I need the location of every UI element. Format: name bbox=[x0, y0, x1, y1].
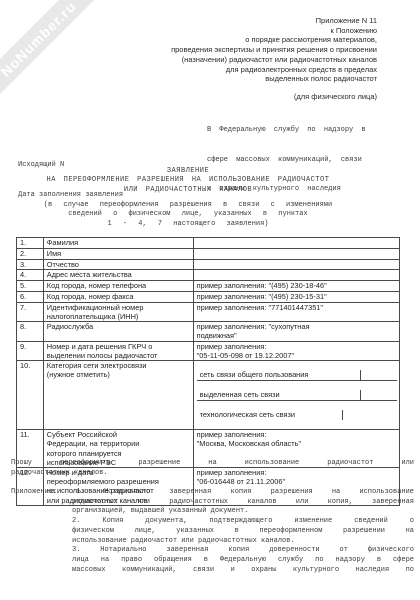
row-number: 8. bbox=[17, 322, 44, 341]
title-line: ИЛИ РАДИОЧАСТОТНЫХ КАНАЛОВ bbox=[0, 186, 376, 195]
row-number: 7. bbox=[17, 302, 44, 321]
table-row: 6. Код города, номер факса пример заполн… bbox=[17, 291, 400, 302]
row-label: Радиослужба bbox=[43, 322, 193, 341]
request-paragraph: Прошу переоформить разрешение на использ… bbox=[11, 459, 414, 478]
subtitle-line: сведений о физическом лице, указанных в … bbox=[0, 210, 376, 219]
row-value: пример заполнения: "сухопутная подвижная… bbox=[193, 322, 399, 341]
appendix-line: проведения экспертизы и принятия решения… bbox=[171, 45, 377, 55]
row-value: пример заполнения: "(495) 230-18-46" bbox=[193, 281, 399, 292]
appendix-line: для радиоэлектронных средств в пределах bbox=[171, 65, 377, 75]
appendix-line: о порядке рассмотрения материалов, bbox=[171, 35, 377, 45]
person-type-note: (для физического лица) bbox=[294, 92, 377, 101]
addressee-block: В Федеральную службу по надзору в сфере … bbox=[207, 107, 366, 214]
option-label: выделенная сеть связи bbox=[197, 390, 360, 400]
appendix-line: Приложение N 11 bbox=[171, 16, 377, 26]
row-number: 2. bbox=[17, 248, 44, 259]
addressee-line: сфере массовых коммуникаций, связи bbox=[207, 156, 366, 166]
attachment-item-text: 1. Нотариально заверенная копия разрешен… bbox=[76, 488, 414, 496]
row-value bbox=[193, 259, 399, 270]
watermark-text: NoNumber.ru bbox=[0, 0, 79, 79]
row-value: пример заполнения: "(495) 230-15-31" bbox=[193, 291, 399, 302]
row-number: 4. bbox=[17, 270, 44, 281]
row-value bbox=[193, 238, 399, 249]
table-row: 9. Номер и дата решения ГКРЧ о выделении… bbox=[17, 341, 400, 360]
attachment-line: физическом лице, указанных в переоформле… bbox=[11, 527, 414, 537]
row-value: пример заполнения: "771401447351" bbox=[193, 302, 399, 321]
subtitle-line: (в случае переоформления разрешения в св… bbox=[0, 201, 376, 210]
row-label: Отчество bbox=[43, 259, 193, 270]
attachments-block: Приложение: 1. Нотариально заверенная ко… bbox=[11, 488, 414, 575]
option-label: технологическая сеть связи bbox=[197, 410, 342, 420]
attachment-line: организацией, выдавшей указанный докумен… bbox=[11, 507, 414, 517]
row-label: Номер и дата решения ГКРЧ о выделении по… bbox=[43, 341, 193, 360]
row-label: Адрес места жительства bbox=[43, 270, 193, 281]
row-number: 1. bbox=[17, 238, 44, 249]
row-label: Имя bbox=[43, 248, 193, 259]
document-subtitle: (в случае переоформления разрешения в св… bbox=[0, 201, 376, 229]
attachment-line: 2. Копия документа, подтверждающего изме… bbox=[11, 517, 414, 527]
row-number: 3. bbox=[17, 259, 44, 270]
row-number: 5. bbox=[17, 281, 44, 292]
attachment-line: лица на право обращения в Федеральную сл… bbox=[11, 556, 414, 566]
table-row-network-category: 10. Категория сети электросвязи (нужное … bbox=[17, 361, 400, 430]
request-line: Прошу переоформить разрешение на использ… bbox=[11, 459, 414, 469]
row-label: Фамилия bbox=[43, 238, 193, 249]
table-row: 4. Адрес места жительства bbox=[17, 270, 400, 281]
appendix-header: Приложение N 11 к Положению о порядке ра… bbox=[171, 16, 377, 84]
request-line: радиочастотных каналов. bbox=[11, 469, 414, 479]
row-number: 6. bbox=[17, 291, 44, 302]
table-row: 2. Имя bbox=[17, 248, 400, 259]
attachment-line: использование радиочастот или радиочасто… bbox=[11, 537, 414, 547]
row-label: Категория сети электросвязи (нужное отме… bbox=[43, 361, 193, 430]
option-label: сеть связи общего пользования bbox=[197, 370, 360, 380]
attachment-line: радиочастот или радиочастотных каналов и… bbox=[11, 498, 414, 508]
attachment-line: массовых коммуникаций, связи и охраны ку… bbox=[11, 566, 414, 576]
option-row: сеть связи общего пользования bbox=[197, 370, 397, 381]
attachment-line: 3. Нотариально заверенная копия доверенн… bbox=[11, 546, 414, 556]
network-category-options: сеть связи общего пользования выделенная… bbox=[193, 361, 399, 430]
appendix-line: к Положению bbox=[171, 26, 377, 36]
title-line: ЗАЯВЛЕНИЕ bbox=[0, 167, 376, 176]
subtitle-line: 1 - 4, 7 настоящего заявления) bbox=[0, 220, 376, 229]
table-row: 1. Фамилия bbox=[17, 238, 400, 249]
table-row: 8. Радиослужба пример заполнения: "сухоп… bbox=[17, 322, 400, 341]
table-row: 3. Отчество bbox=[17, 259, 400, 270]
option-checkbox-cell bbox=[342, 410, 397, 420]
option-checkbox-cell bbox=[360, 390, 397, 400]
document-title: ЗАЯВЛЕНИЕ НА ПЕРЕОФОРМЛЕНИЕ РАЗРЕШЕНИЯ Н… bbox=[0, 167, 376, 195]
addressee-line: В Федеральную службу по надзору в bbox=[207, 126, 366, 136]
row-number: 9. bbox=[17, 341, 44, 360]
scanned-application-form-page: NoNumber.ru Приложение N 11 к Положению … bbox=[0, 0, 420, 600]
option-checkbox-cell bbox=[360, 370, 397, 380]
row-value: пример заполнения: "05-11-05-098 от 19.1… bbox=[193, 341, 399, 360]
row-value bbox=[193, 248, 399, 259]
row-value bbox=[193, 270, 399, 281]
title-line: НА ПЕРЕОФОРМЛЕНИЕ РАЗРЕШЕНИЯ НА ИСПОЛЬЗО… bbox=[0, 176, 376, 185]
row-number: 10. bbox=[17, 361, 44, 430]
attachments-label: Приложение: bbox=[11, 488, 57, 496]
attachment-line: Приложение: 1. Нотариально заверенная ко… bbox=[11, 488, 414, 498]
option-row: технологическая сеть связи bbox=[197, 410, 397, 420]
watermark: NoNumber.ru bbox=[0, 0, 128, 129]
row-label: Код города, номер телефона bbox=[43, 281, 193, 292]
option-row: выделенная сеть связи bbox=[197, 390, 397, 401]
row-label: Код города, номер факса bbox=[43, 291, 193, 302]
table-row: 5. Код города, номер телефона пример зап… bbox=[17, 281, 400, 292]
table-row: 7. Идентификационный номер налогоплатель… bbox=[17, 302, 400, 321]
appendix-line: (назначении) радиочастот или радиочастот… bbox=[171, 55, 377, 65]
appendix-line: выделенных полос радиочастот bbox=[171, 74, 377, 84]
row-label: Идентификационный номер налогоплательщик… bbox=[43, 302, 193, 321]
